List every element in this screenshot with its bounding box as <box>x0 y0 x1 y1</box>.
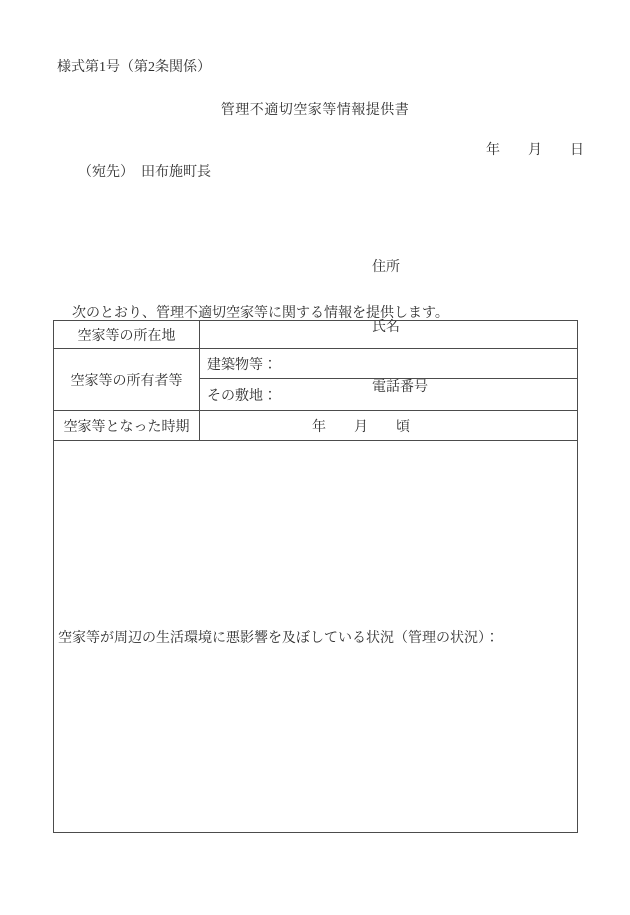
form-number: 様式第1号（第2条関係） <box>57 56 211 76</box>
owner-label-cell: 空家等の所有者等 <box>54 349 200 411</box>
owner-land-cell: その敷地： <box>200 379 578 411</box>
owner-building-cell: 建築物等： <box>200 349 578 379</box>
table-row-period: 空家等となった時期 年 月 頃 <box>54 411 578 441</box>
period-label-cell: 空家等となった時期 <box>54 411 200 441</box>
table-row-location: 空家等の所在地 <box>54 321 578 349</box>
form-table: 空家等の所在地 空家等の所有者等 建築物等： その敷地： 空家等となった時期 年… <box>53 320 578 833</box>
location-label-cell: 空家等の所在地 <box>54 321 200 349</box>
recipient-line: （宛先） 田布施町長 <box>78 161 211 181</box>
date-line: 年 月 日 <box>486 139 584 159</box>
condition-cell: 空家等が周辺の生活環境に悪影響を及ぼしている状況（管理の状況）： <box>54 441 578 833</box>
document-page: 様式第1号（第2条関係） 管理不適切空家等情報提供書 年 月 日 （宛先） 田布… <box>0 0 630 915</box>
intro-sentence: 次のとおり、管理不適切空家等に関する情報を提供します。 <box>72 302 449 322</box>
document-title: 管理不適切空家等情報提供書 <box>0 99 630 119</box>
sender-address-label: 住所 <box>372 258 428 278</box>
table-row-owner-building: 空家等の所有者等 建築物等： <box>54 349 578 379</box>
location-value-cell <box>200 321 578 349</box>
table-row-condition: 空家等が周辺の生活環境に悪影響を及ぼしている状況（管理の状況）： <box>54 441 578 833</box>
period-value-cell: 年 月 頃 <box>200 411 578 441</box>
